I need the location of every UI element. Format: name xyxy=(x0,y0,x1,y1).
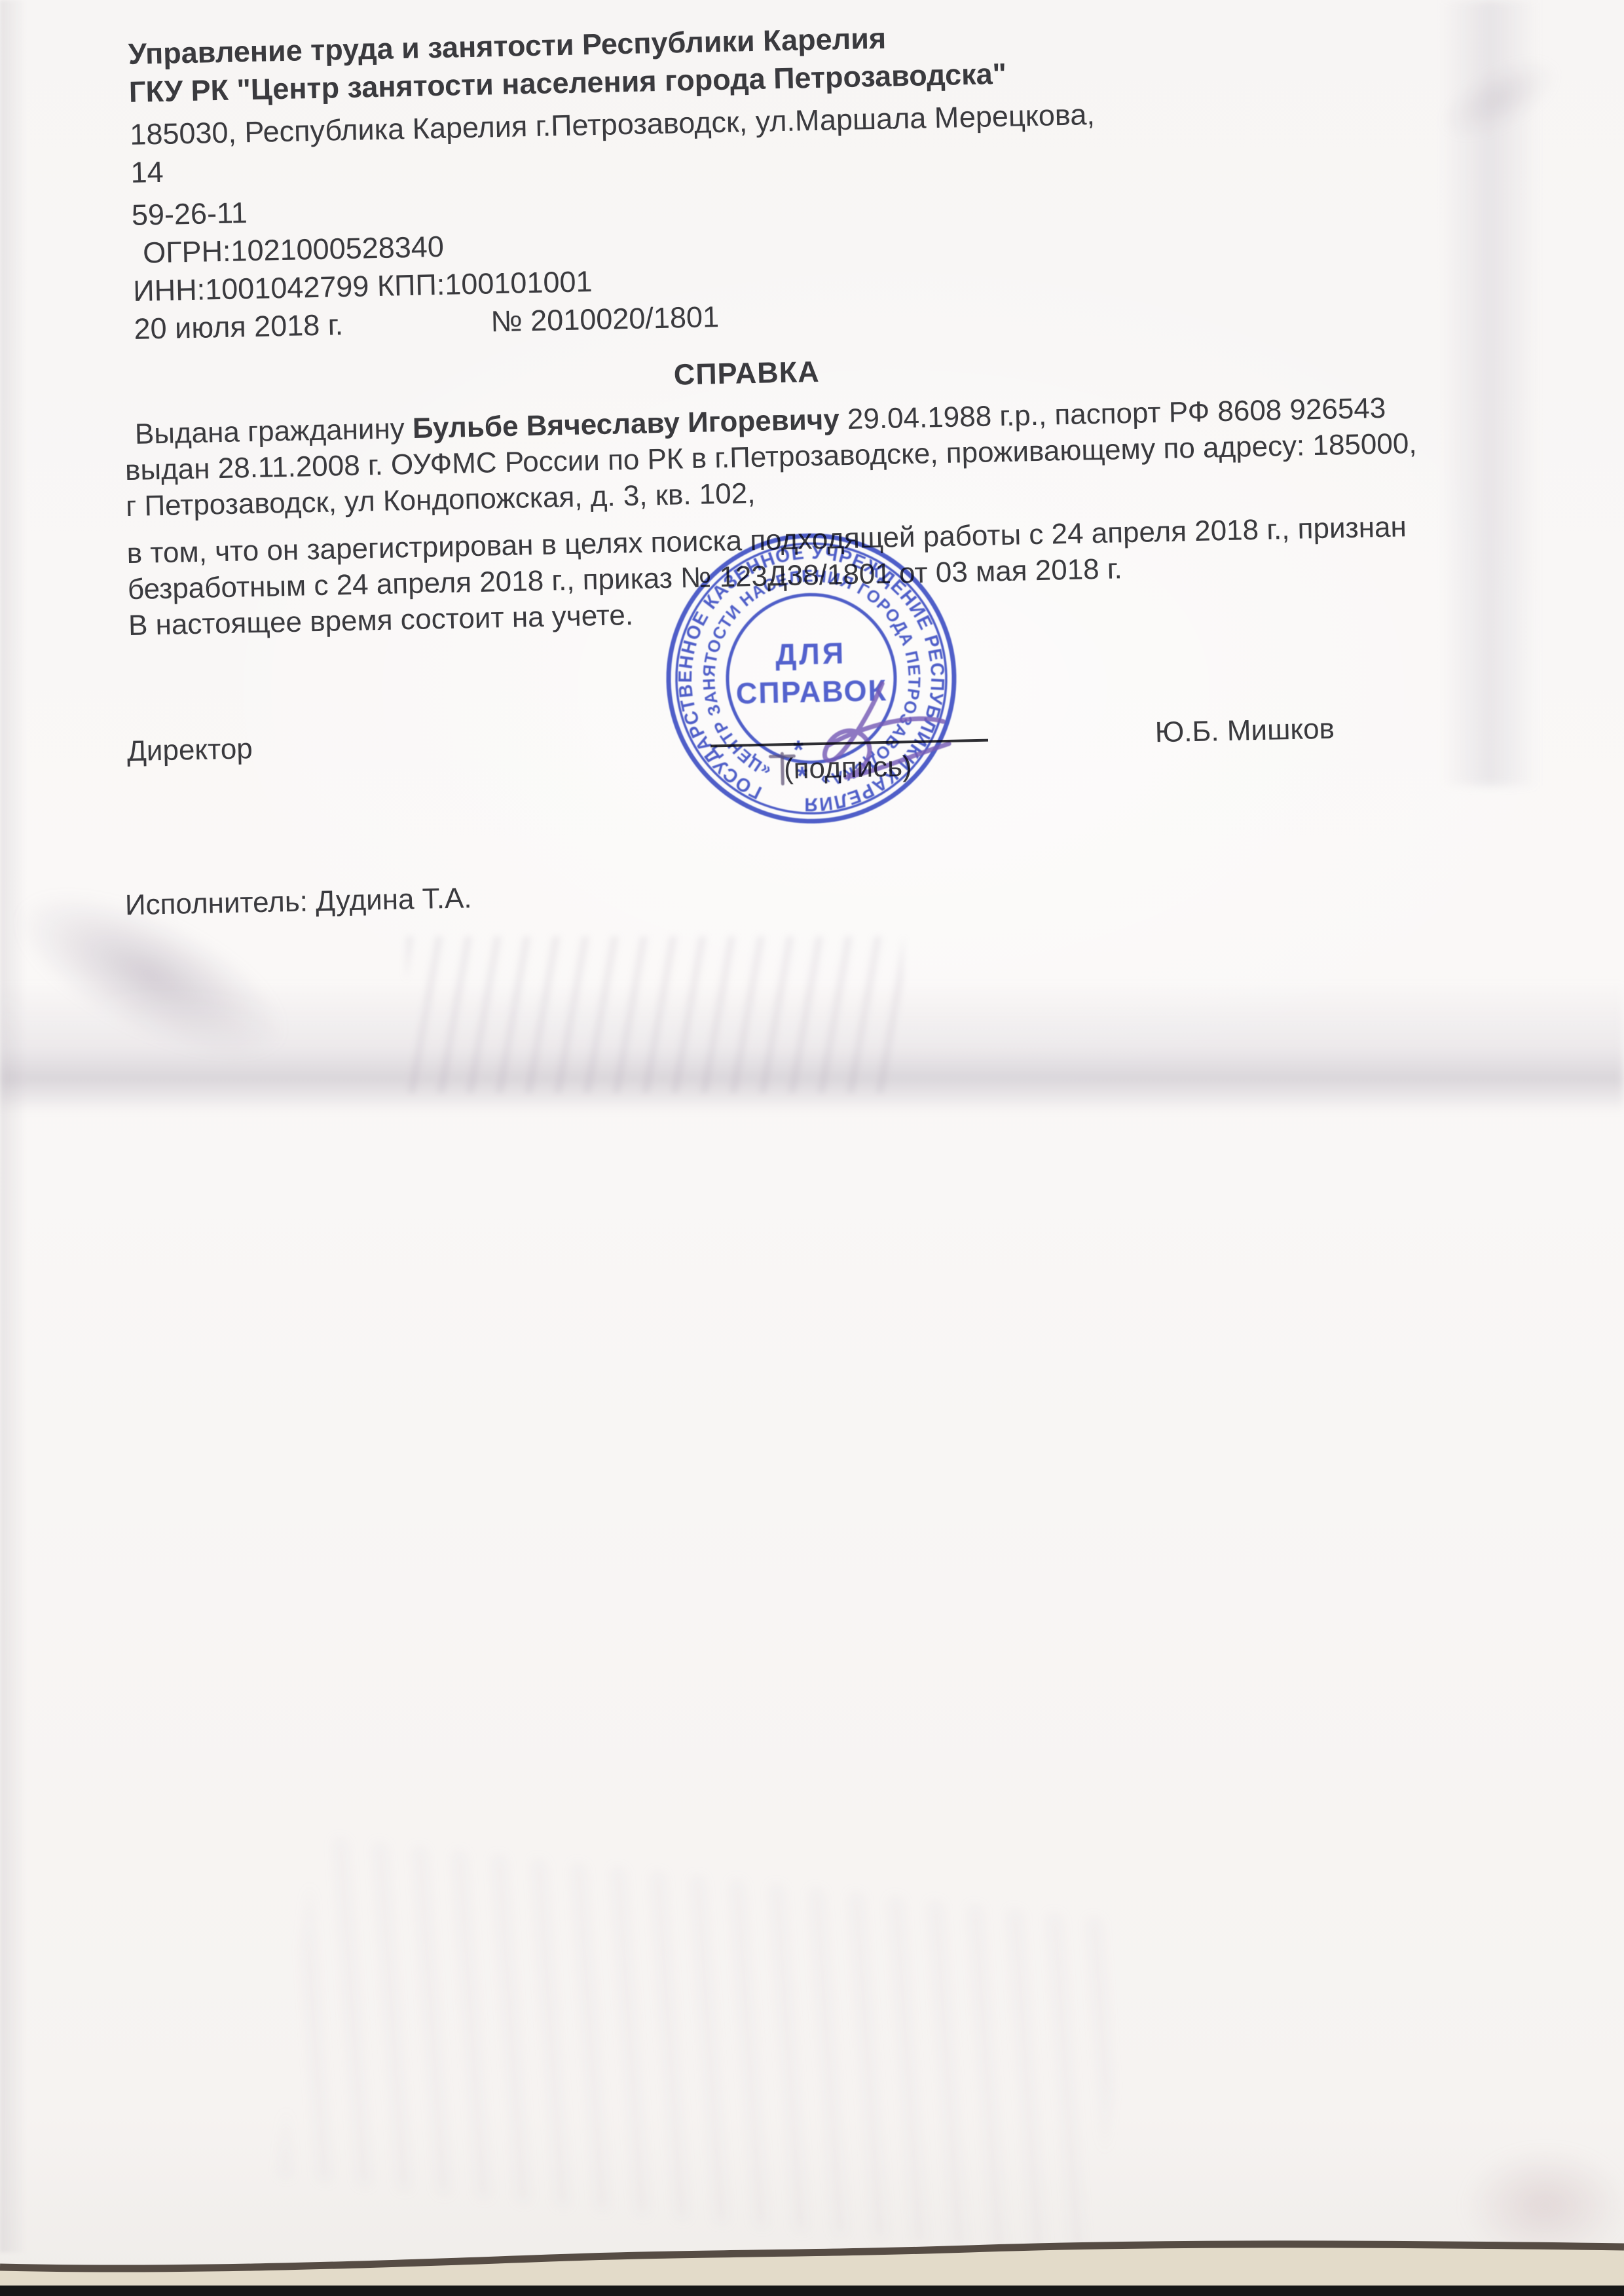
paper-bottom-edge xyxy=(0,2211,1624,2296)
executor-line: Исполнитель: Дудина Т.А. xyxy=(124,880,472,923)
round-stamp: ГОСУДАРСТВЕННОЕ КАЗЕННОЕ УЧРЕЖДЕНИЕ РЕСП… xyxy=(657,525,965,833)
document-number: № 2010020/1801 xyxy=(490,298,720,340)
letterhead: Управление труда и занятости Республики … xyxy=(128,15,1099,348)
scan-bottom-bar xyxy=(0,2286,1624,2296)
director-name: Ю.Б. Мишков xyxy=(1154,711,1335,751)
stamp-asterisk-1: * xyxy=(793,736,804,765)
document-date: 20 июля 2018 г. xyxy=(134,308,344,346)
document-title: СПРАВКА xyxy=(616,354,878,393)
body-line-1-pre: Выдана гражданину xyxy=(134,412,413,450)
scanned-document-page: Управление труда и занятости Республики … xyxy=(0,0,1624,2296)
stamp-asterisk-2: * xyxy=(797,761,808,790)
certificate-content: Управление труда и занятости Республики … xyxy=(0,0,1624,2295)
stamp-center-line2: СПРАВОК xyxy=(735,674,887,710)
stamp-center-line1: ДЛЯ xyxy=(775,636,847,671)
director-label: Директор xyxy=(127,731,253,769)
